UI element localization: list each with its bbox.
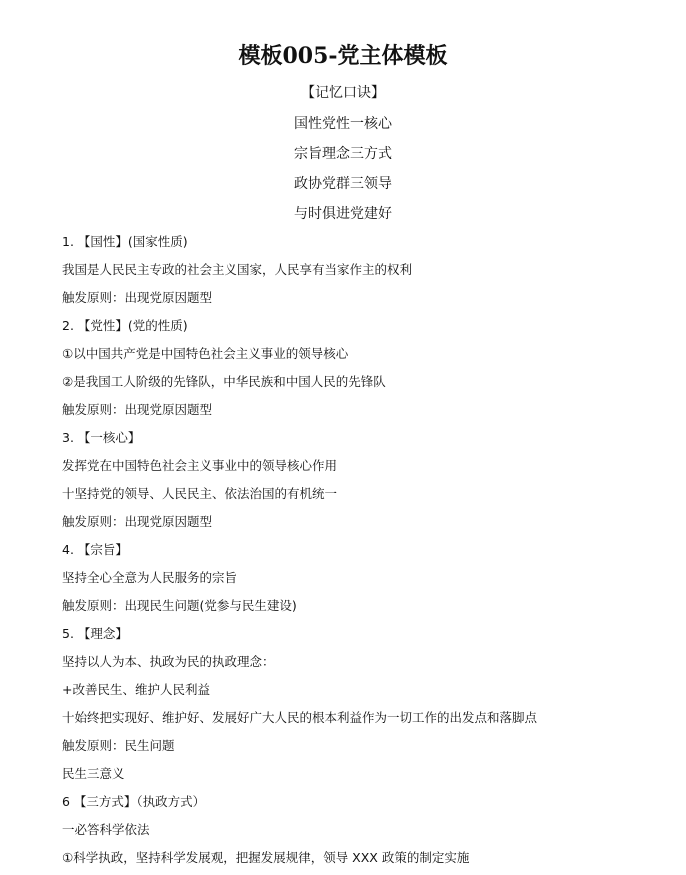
paragraph: 我国是人民民主专政的社会主义国家，人民享有当家作主的权利 xyxy=(62,256,662,284)
section-heading-dangxing: 2. 【党性】(党的性质) xyxy=(62,312,662,340)
mnemonic-line: 政协党群三领导 xyxy=(0,169,686,199)
paragraph: 坚持以人为本、执政为民的执政理念： xyxy=(62,648,662,676)
mnemonic-block: 【记忆口诀】 国性党性一核心 宗旨理念三方式 政协党群三领导 与时俱进党建好 xyxy=(0,78,686,229)
trigger-rule: 触发原则：民生问题 xyxy=(62,732,662,760)
paragraph: 民生三意义 xyxy=(62,760,662,788)
trigger-rule: 触发原则：出现民生问题(党参与民生建设) xyxy=(62,592,662,620)
paragraph: 坚持全心全意为人民服务的宗旨 xyxy=(62,564,662,592)
section-heading-linian: 5. 【理念】 xyxy=(62,620,662,648)
section-heading-yihexin: 3. 【一核心】 xyxy=(62,424,662,452)
section-heading-zongzhi: 4. 【宗旨】 xyxy=(62,536,662,564)
paragraph: ①以中国共产党是中国特色社会主义事业的领导核心 xyxy=(62,340,662,368)
document-body: 1. 【国性】(国家性质) 我国是人民民主专政的社会主义国家，人民享有当家作主的… xyxy=(62,228,662,872)
paragraph: 十始终把实现好、维护好、发展好广大人民的根本利益作为一切工作的出发点和落脚点 xyxy=(62,704,662,732)
paragraph: 发挥党在中国特色社会主义事业中的领导核心作用 xyxy=(62,452,662,480)
section-heading-guoxing: 1. 【国性】(国家性质) xyxy=(62,228,662,256)
mnemonic-line: 国性党性一核心 xyxy=(0,109,686,139)
mnemonic-line: 与时俱进党建好 xyxy=(0,199,686,229)
trigger-rule: 触发原则：出现党原因题型 xyxy=(62,396,662,424)
paragraph: ①科学执政，坚持科学发展观，把握发展规律，领导 XXX 政策的制定实施 xyxy=(62,844,662,872)
mnemonic-line: 宗旨理念三方式 xyxy=(0,139,686,169)
paragraph: 十坚持党的领导、人民民主、依法治国的有机统一 xyxy=(62,480,662,508)
paragraph: 一必答科学依法 xyxy=(62,816,662,844)
trigger-rule: 触发原则：出现党原因题型 xyxy=(62,284,662,312)
paragraph: ②是我国工人阶级的先锋队，中华民族和中国人民的先锋队 xyxy=(62,368,662,396)
document-page: 模板005-党主体模板 【记忆口诀】 国性党性一核心 宗旨理念三方式 政协党群三… xyxy=(0,0,686,875)
trigger-rule: 触发原则：出现党原因题型 xyxy=(62,508,662,536)
page-title: 模板005-党主体模板 xyxy=(0,40,686,72)
mnemonic-heading: 【记忆口诀】 xyxy=(0,78,686,109)
section-heading-sanfangshi: 6 【三方式】（执政方式） xyxy=(62,788,662,816)
paragraph: +改善民生、维护人民利益 xyxy=(62,676,662,704)
